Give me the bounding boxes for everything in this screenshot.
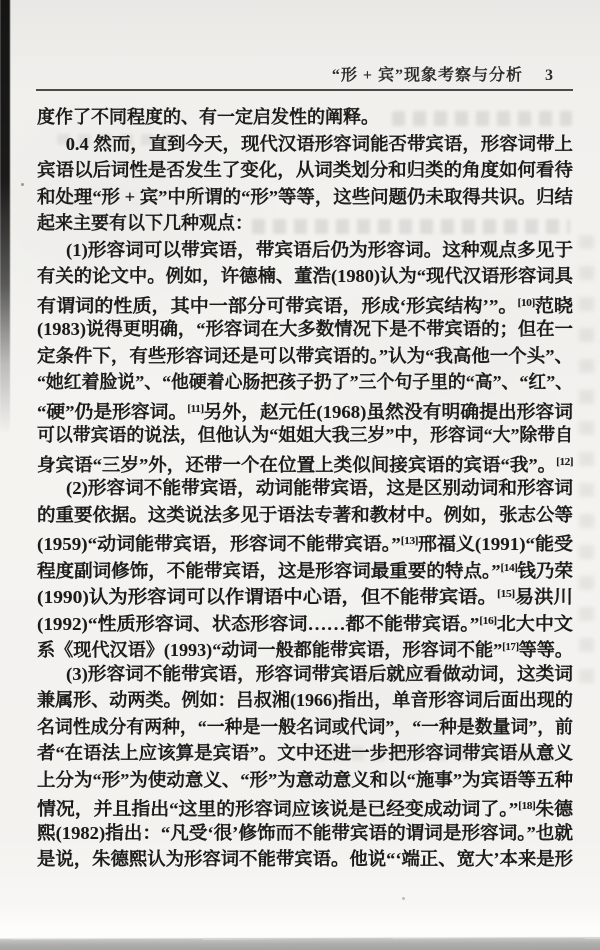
text-line: 的重要依据。这类说法多见于语法专著和教材中。例如，张志公等: [37, 502, 573, 529]
ink-speck: [21, 183, 24, 186]
text-line: 名词性成分有两种，“一种是一般名词或代词”，“一种是数量词”，前: [37, 714, 573, 741]
text-line: (1990)认为形容词可以作谓语中心语，但不能带宾语。[15]易洪川: [37, 581, 573, 608]
text-line: 程度副词修饰，不能带宾语，这是形容词最重要的特点。”[14]钱乃荣: [37, 555, 573, 582]
text-line: 0.4 然而，直到今天，现代汉语形容词能否带宾语，形容词带上: [37, 131, 573, 158]
text-line: (1983)说得更明确，“形容词在大多数情况下是不带宾语的；但在一: [37, 316, 573, 343]
body-text: 度作了不同程度的、有一定启发性的阐释。0.4 然而，直到今天，现代汉语形容词能否…: [37, 104, 573, 873]
text-line: 和处理“形 + 宾”中所谓的“形”等等，这些问题仍未取得共识。归结: [37, 184, 573, 211]
text-line: 者“在语法上应该算是宾语”。文中还进一步把形容词带宾语从意义: [37, 740, 573, 767]
page-number: 3: [545, 67, 554, 84]
text-line: (1959)“动词能带宾语，形容词不能带宾语。”[13]邢福义(1991)“能受: [37, 528, 573, 555]
text-line: 可以带宾语的说法，但他认为“姐姐大我三岁”中，形容词“大”除带自: [37, 422, 573, 449]
page-bottom-edge: [0, 938, 600, 950]
header-rule: [36, 89, 573, 91]
text-line: 情况，并且指出“这里的形容词应该说是已经变成动词了。”[18]朱德: [37, 793, 573, 820]
text-line: 起来主要有以下几种观点：: [37, 210, 573, 237]
text-line: 兼属形、动两类。例如：吕叔湘(1966)指出，单音形容词后面出现的: [37, 687, 573, 714]
text-line: 有关的论文中。例如，许德楠、董浩(1980)认为“现代汉语形容词具: [37, 263, 573, 290]
ink-speck: [402, 897, 405, 900]
scan-root: { "header": { "title": "“形 + 宾”现象考察与分析",…: [0, 0, 600, 950]
text-line: (1992)“性质形容词、状态形容词……都不能带宾语。”[16]北大中文: [37, 608, 573, 635]
text-line: (1)形容词可以带宾语，带宾语后仍为形容词。这种观点多见于: [37, 237, 573, 264]
page-edge-highlight: [0, 905, 600, 939]
text-line: 度作了不同程度的、有一定启发性的阐释。: [37, 104, 573, 131]
binding-shadow: [0, 0, 10, 434]
text-line: 是说，朱德熙认为形容词不能带宾语。他说“‘端正、宽大’本来是形: [37, 846, 573, 873]
bleedthrough-artifact: [579, 235, 594, 700]
text-line: 上分为“形”为使动意义、“形”为意动意义和以“施事”为宾语等五种: [37, 767, 573, 794]
text-line: 宾语以后词性是否发生了变化，从词类划分和归类的角度如何看待: [37, 157, 573, 184]
text-line: 熙(1982)指出：“凡受‘很’修饰而不能带宾语的谓词是形容词。”也就: [37, 820, 573, 847]
text-line: 有谓词的性质，其中一部分可带宾语，形成‘形宾结构’”。[10]范晓: [37, 290, 573, 317]
text-line: “她红着脸说”、“他硬着心肠把孩子扔了”三个句子里的“高”、“红”、: [37, 369, 573, 396]
running-header: “形 + 宾”现象考察与分析3: [332, 62, 554, 85]
text-line: 定条件下，有些形容词还是可以带宾语的。”认为“我高他一个头”、: [37, 343, 573, 370]
text-line: 系《现代汉语》(1993)“动词一般都能带宾语，形容词不能”[17]等等。: [37, 634, 573, 661]
running-header-title: “形 + 宾”现象考察与分析: [332, 67, 523, 84]
book-page: “形 + 宾”现象考察与分析3 度作了不同程度的、有一定启发性的阐释。0.4 然…: [0, 0, 600, 950]
text-line: “硬”仍是形容词。[11]另外，赵元任(1968)虽然没有明确提出形容词: [37, 396, 573, 423]
text-line: (3)形容词不能带宾语，形容词带宾语后就应看做动词，这类词: [37, 661, 573, 688]
text-line: (2)形容词不能带宾语，动词能带宾语，这是区别动词和形容词: [37, 475, 573, 502]
text-line: 身宾语“三岁”外，还带一个在位置上类似间接宾语的宾语“我”。[12]: [37, 449, 573, 476]
